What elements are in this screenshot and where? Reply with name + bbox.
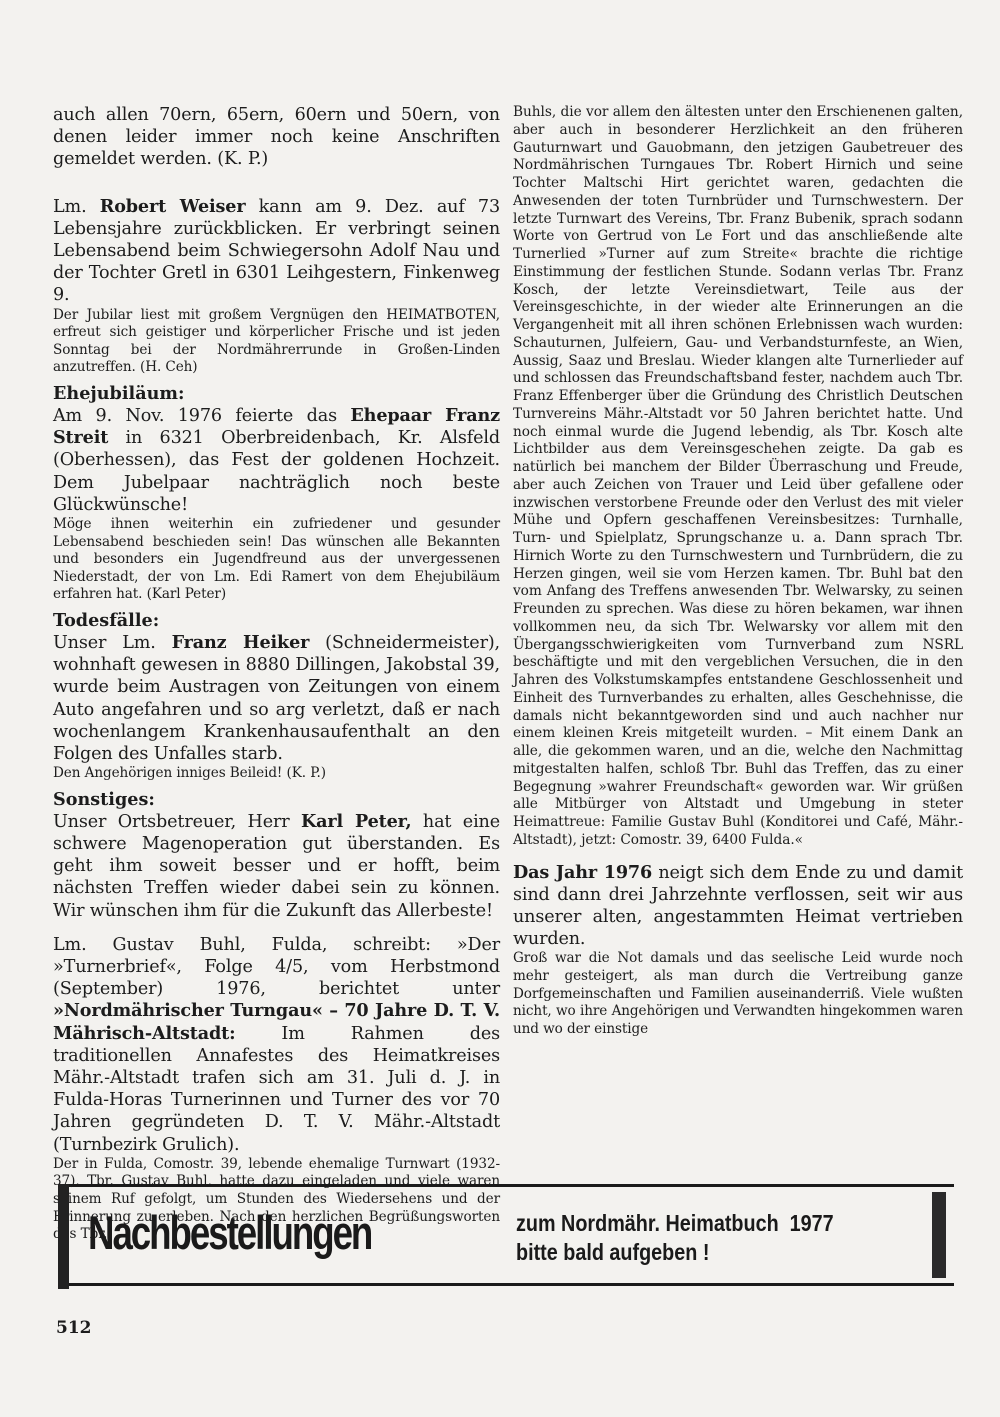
- nachbestellungen-banner: Nachbestellungen zum Nordmähr. Heimatbuc…: [58, 1184, 954, 1286]
- banner-line-2: bitte bald aufgeben !: [516, 1238, 834, 1267]
- ehejubilaeum-heading: Ehejubiläum:: [53, 383, 500, 405]
- banner-left-bar-lower: [58, 1193, 69, 1289]
- jahr-1976-note: Groß war die Not damals und das seelisch…: [513, 950, 963, 1038]
- right-column: Buhls, die vor allem den ältesten unter …: [513, 104, 963, 1038]
- sonstiges-paragraph: Unser Ortsbetreuer, Herr Karl Peter, hat…: [53, 811, 500, 922]
- todesfaelle-note: Den Angehörigen inniges Beileid! (K. P.): [53, 765, 500, 783]
- banner-title: Nachbestellungen: [88, 1205, 371, 1260]
- ehejubilaeum-paragraph: Am 9. Nov. 1976 feierte das Ehepaar Fran…: [53, 405, 500, 516]
- jahr-1976-paragraph: Das Jahr 1976 neigt sich dem Ende zu und…: [513, 862, 963, 951]
- sonstiges-heading: Sonstiges:: [53, 789, 500, 811]
- banner-left-bar: [58, 1184, 69, 1193]
- banner-right-bar: [932, 1192, 946, 1278]
- weiser-note: Der Jubilar liest mit großem Vergnügen d…: [53, 307, 500, 377]
- weiser-paragraph: Lm. Robert Weiser kann am 9. Dez. auf 73…: [53, 196, 500, 307]
- todesfaelle-paragraph: Unser Lm. Franz Heiker (Schneidermeister…: [53, 632, 500, 765]
- banner-line-1: zum Nordmähr. Heimatbuch 1977: [516, 1209, 834, 1238]
- page-number: 512: [56, 1318, 92, 1338]
- todesfaelle-heading: Todesfälle:: [53, 610, 500, 632]
- intro-paragraph: auch allen 70ern, 65ern, 60ern und 50ern…: [53, 104, 500, 171]
- banner-subtitle: zum Nordmähr. Heimatbuch 1977 bitte bald…: [516, 1209, 834, 1267]
- turnerbrief-continuation: Buhls, die vor allem den ältesten unter …: [513, 104, 963, 850]
- left-column: auch allen 70ern, 65ern, 60ern und 50ern…: [53, 104, 500, 1244]
- buhl-paragraph: Lm. Gustav Buhl, Fulda, schreibt: »Der »…: [53, 934, 500, 1156]
- weiser-name: Robert Weiser: [100, 196, 246, 217]
- ehejubilaeum-note: Möge ihnen weiterhin ein zufriedener und…: [53, 516, 500, 604]
